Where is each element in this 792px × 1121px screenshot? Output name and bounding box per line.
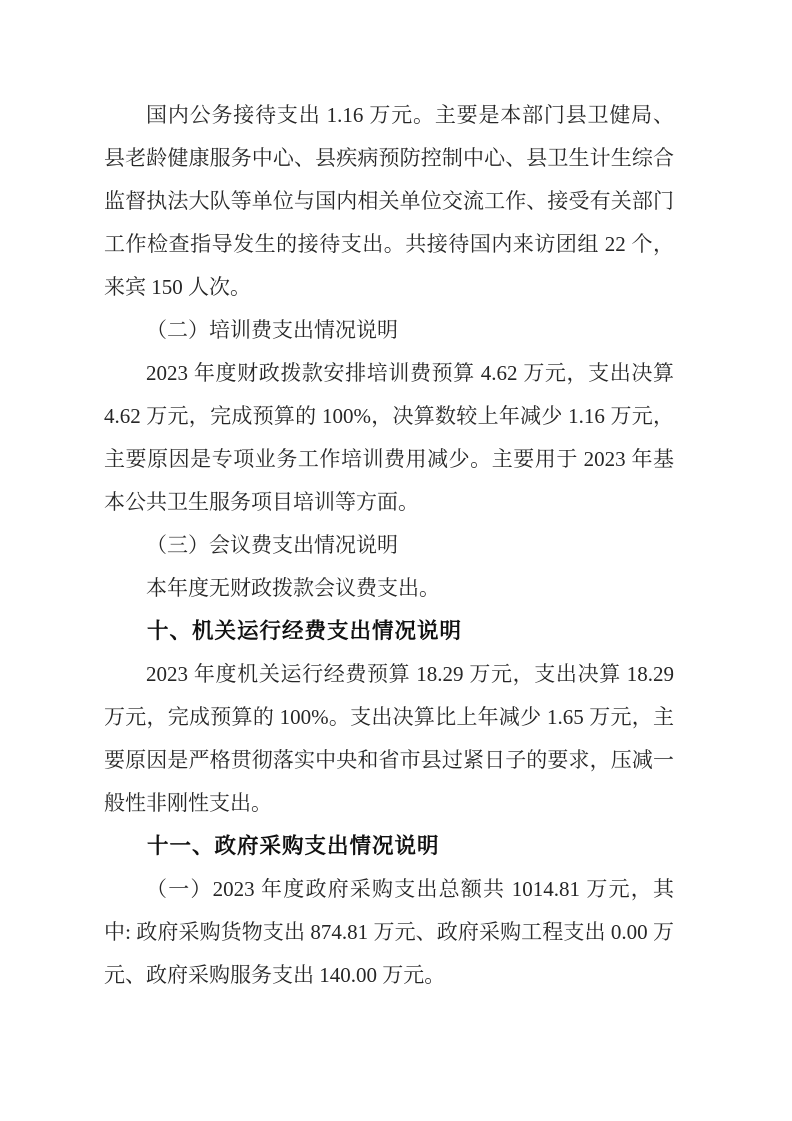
paragraph-domestic-reception: 国内公务接待支出 1.16 万元。主要是本部门县卫健局、县老龄健康服务中心、县疾…	[104, 94, 674, 309]
paragraph-government-procurement: （一）2023 年度政府采购支出总额共 1014.81 万元，其中: 政府采购货…	[104, 868, 674, 997]
subheading-training-fee: （二）培训费支出情况说明	[104, 309, 674, 352]
heading-government-procurement: 十一、政府采购支出情况说明	[104, 825, 674, 868]
paragraph-meeting-fee: 本年度无财政拨款会议费支出。	[104, 567, 674, 610]
paragraph-operating-expenses: 2023 年度机关运行经费预算 18.29 万元，支出决算 18.29 万元，完…	[104, 653, 674, 825]
heading-operating-expenses: 十、机关运行经费支出情况说明	[104, 610, 674, 653]
document-page: 国内公务接待支出 1.16 万元。主要是本部门县卫健局、县老龄健康服务中心、县疾…	[0, 0, 792, 1121]
subheading-meeting-fee: （三）会议费支出情况说明	[104, 524, 674, 567]
paragraph-training-fee: 2023 年度财政拨款安排培训费预算 4.62 万元，支出决算 4.62 万元，…	[104, 352, 674, 524]
